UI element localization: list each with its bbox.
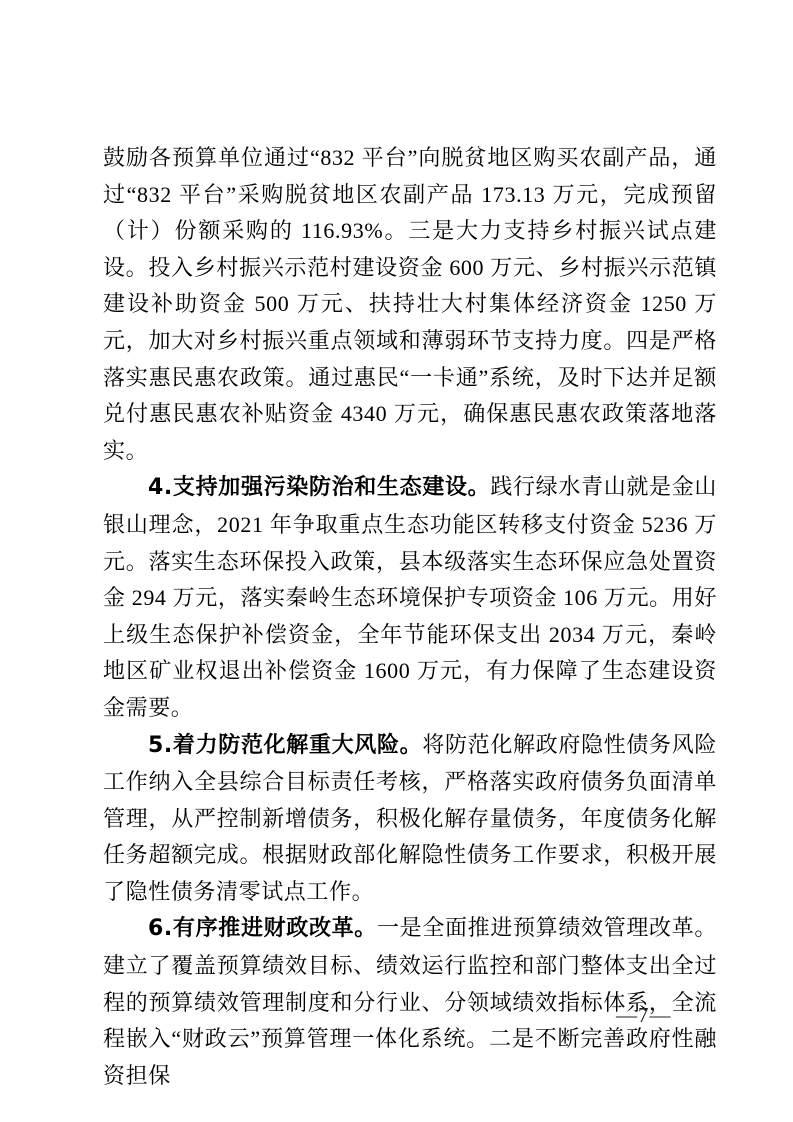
paragraph-text: 践行绿水青山就是金山银山理念，2021 年争取重点生态功能区转移支付资金 523… xyxy=(103,474,717,720)
section-6-heading: 6.有序推进财政改革。 xyxy=(148,916,377,941)
paragraph-section-5: 5.着力防范化解重大风险。将防范化解政府隐性债务风险工作纳入全县综合目标责任考核… xyxy=(103,727,717,911)
document-page: 鼓励各预算单位通过“832 平台”向脱贫地区购买农副产品，通过“832 平台”采… xyxy=(0,0,793,1122)
page-body: 鼓励各预算单位通过“832 平台”向脱贫地区购买农副产品，通过“832 平台”采… xyxy=(103,140,717,1094)
page-number: —7— xyxy=(616,1003,672,1028)
section-4-heading: 4.支持加强污染防治和生态建设。 xyxy=(148,475,490,500)
paragraph-section-4: 4.支持加强污染防治和生态建设。践行绿水青山就是金山银山理念，2021 年争取重… xyxy=(103,469,717,726)
paragraph-text: 鼓励各预算单位通过“832 平台”向脱贫地区购买农副产品，通过“832 平台”采… xyxy=(103,145,717,463)
section-5-heading: 5.着力防范化解重大风险。 xyxy=(148,733,422,758)
paragraph-continuation: 鼓励各预算单位通过“832 平台”向脱贫地区购买农副产品，通过“832 平台”采… xyxy=(103,140,717,469)
